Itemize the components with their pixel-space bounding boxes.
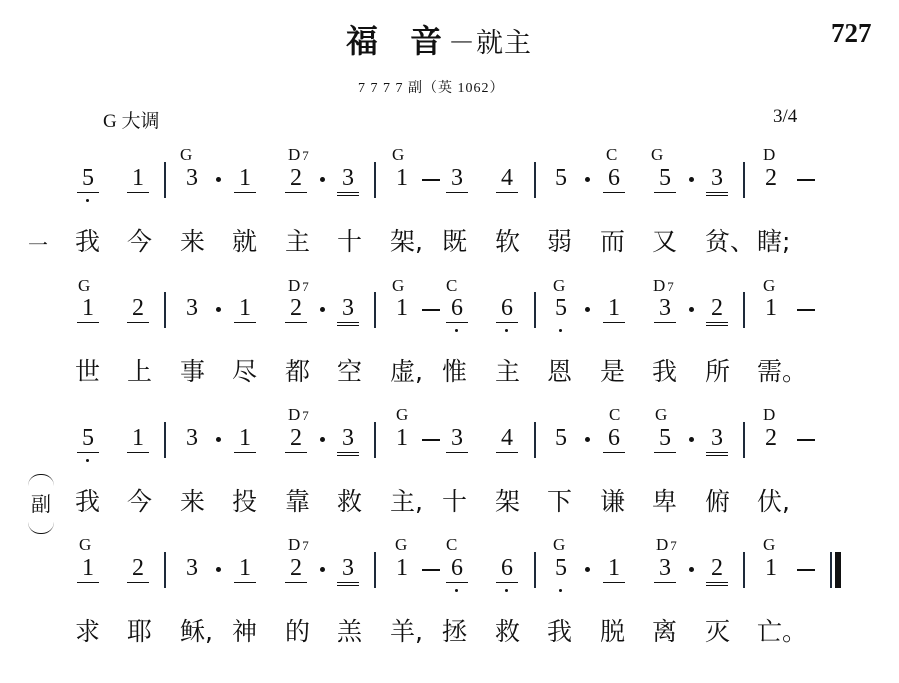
lyric-char: 救 [495,617,520,647]
note: 1 [391,554,413,582]
note: 1 [127,424,149,453]
lyric-char: 靠 [285,487,310,517]
lyric-char: 需。 [757,357,807,387]
dotted-marker [216,567,221,572]
key-signature: G 大调 [103,106,159,133]
note: 3 [337,294,359,326]
note: 1 [234,294,256,323]
lyric-char: 我 [652,357,677,387]
lyric-char: 稣, [180,617,213,647]
chord: C [606,146,617,164]
bar-line [743,422,745,458]
lyric-char: 俯 [705,487,730,517]
lyric-char: 主 [495,357,520,387]
chord: G [763,277,775,295]
lyric-char: 主 [285,227,310,257]
lyric-char: 主, [390,487,423,517]
lyric-char: 所 [705,357,730,387]
lyric-char: 羔 [337,617,362,647]
chord: G [396,406,408,424]
chord: D7 [288,146,309,165]
note: 1 [77,294,99,323]
lyric-char: 架 [495,487,520,517]
lyric-char: 灭 [705,617,730,647]
note: 2 [706,554,728,586]
note: 1 [234,554,256,583]
lyric-char: 来 [180,227,205,257]
note: 2 [127,294,149,323]
chord: C [446,277,457,295]
lyric-char: 虚, [390,357,423,387]
lyric-char: 我 [75,227,100,257]
dotted-marker [320,437,325,442]
note: 1 [234,164,256,193]
lyric-char: 我 [75,487,100,517]
note: 5 [550,294,572,322]
chord: C [446,536,457,554]
dotted-marker [320,307,325,312]
dotted-marker [216,307,221,312]
lyric-char: 神 [232,617,257,647]
bar-line [164,162,166,198]
lyric-char: 伏, [757,487,790,517]
chord: G [763,536,775,554]
note: 1 [391,294,413,322]
lyric-char: 架, [390,227,423,257]
lyric-char: 的 [285,617,310,647]
note: 2 [760,164,782,192]
chord: G [78,277,90,295]
lyric-char: 贫、 [705,227,755,257]
dotted-marker [689,437,694,442]
hold-dash [422,439,440,441]
hold-dash [797,439,815,441]
final-bar-thin [830,552,832,588]
note: 3 [337,424,359,456]
note: 6 [603,424,625,453]
dotted-marker [585,437,590,442]
lyric-char: 是 [600,357,625,387]
note: 1 [77,554,99,583]
lyric-char: 惟 [442,357,467,387]
note: 1 [603,294,625,323]
note: 2 [706,294,728,326]
dotted-marker [320,567,325,572]
bar-line [534,552,536,588]
hold-dash [797,569,815,571]
note: 3 [446,164,468,193]
bar-line [534,422,536,458]
lyric-char: 亡。 [757,617,807,647]
note: 3 [706,164,728,196]
note: 5 [77,164,99,193]
note: 2 [285,554,307,583]
note: 2 [285,294,307,323]
note: 1 [234,424,256,453]
hold-dash [422,569,440,571]
note: 3 [654,294,676,323]
bar-line [743,162,745,198]
dotted-marker [585,177,590,182]
lyric-char: 今 [127,227,152,257]
note: 3 [337,554,359,586]
title-char-1: 福 [346,22,380,60]
note: 4 [496,424,518,453]
note: 3 [181,424,203,452]
lyric-char: 尽 [232,357,257,387]
note: 1 [391,164,413,192]
dotted-marker [689,307,694,312]
chord: D [763,406,775,424]
bar-line [743,292,745,328]
chord: G [651,146,663,164]
lyric-char: 下 [547,487,572,517]
dotted-marker [216,437,221,442]
note: 6 [496,554,518,583]
lyric-char: 羊, [390,617,423,647]
lyric-char: 求 [75,617,100,647]
dotted-marker [585,307,590,312]
note: 5 [550,164,572,192]
chord: G [180,146,192,164]
note: 1 [760,554,782,582]
chord: G [392,146,404,164]
dotted-marker [320,177,325,182]
note: 1 [391,424,413,452]
lyric-char: 卑 [652,487,677,517]
note: 3 [337,164,359,196]
dotted-marker [689,177,694,182]
lyric-char: 救 [337,487,362,517]
chord: G [553,277,565,295]
note: 3 [181,164,203,192]
music-system-4: G D7 G C G D7 G 1 2 3 1 2 3 1 6 6 5 1 3 … [0,530,899,590]
hymn-title: 福音－就主 [346,16,532,62]
lyric-char: 上 [127,357,152,387]
lyric-char: 十 [442,487,467,517]
music-system-2: G D7 G C G D7 G 1 2 3 1 2 3 1 6 6 5 1 3 … [0,270,899,330]
time-signature: 3/4 [773,106,797,128]
note: 2 [285,164,307,193]
lyric-char: 脱 [600,617,625,647]
final-bar-thick [835,552,841,588]
lyric-char: 十 [337,227,362,257]
lyric-char: 我 [547,617,572,647]
note: 6 [603,164,625,193]
chord: D [763,146,775,164]
bar-line [374,422,376,458]
note: 5 [654,164,676,193]
hymn-number: 727 [831,18,872,49]
chorus-marker: 副 [31,488,51,517]
lyric-char: 离 [652,617,677,647]
bar-line [164,552,166,588]
title-subtitle: －就主 [448,28,532,59]
chord: G [79,536,91,554]
lyric-char: 事 [180,357,205,387]
music-system-3: D7 G C G D 5 1 3 1 2 3 1 3 4 5 6 5 3 2 [0,400,899,460]
hold-dash [422,179,440,181]
note: 1 [760,294,782,322]
chord: D7 [288,536,309,555]
meter-info: 7 7 7 7 副（英 1062） [358,77,505,97]
bar-line [534,292,536,328]
chord: G [553,536,565,554]
note: 3 [446,424,468,453]
bar-line [164,292,166,328]
music-system-1: G D7 G C G D 5 1 3 1 2 3 1 3 4 5 6 5 3 2 [0,140,899,200]
dotted-marker [216,177,221,182]
dotted-marker [585,567,590,572]
lyric-char: 又 [652,227,677,257]
verse-number: 一 [28,229,48,258]
bar-line [534,162,536,198]
lyric-char: 空 [337,357,362,387]
lyric-char: 瞎; [757,227,790,257]
note: 4 [496,164,518,193]
note: 3 [181,294,203,322]
lyric-char: 拯 [442,617,467,647]
note: 5 [550,554,572,582]
lyric-char: 弱 [547,227,572,257]
lyric-char: 耶 [127,617,152,647]
note: 5 [550,424,572,452]
lyric-char: 今 [127,487,152,517]
note: 5 [77,424,99,453]
lyric-char: 而 [600,227,625,257]
lyric-char: 来 [180,487,205,517]
lyric-char: 恩 [547,357,572,387]
note: 3 [654,554,676,583]
note: 2 [760,424,782,452]
hold-dash [797,309,815,311]
hold-dash [797,179,815,181]
lyric-char: 就 [232,227,257,257]
lyric-char: 既 [442,227,467,257]
note: 6 [496,294,518,323]
note: 5 [654,424,676,453]
lyric-char: 世 [75,357,100,387]
note: 6 [446,294,468,323]
note: 6 [446,554,468,583]
note: 2 [285,424,307,453]
chord: G [392,277,404,295]
lyric-char: 投 [232,487,257,517]
bar-line [743,552,745,588]
bar-line [374,552,376,588]
note: 3 [706,424,728,456]
hold-dash [422,309,440,311]
chord: D7 [656,536,677,555]
chord: C [609,406,620,424]
chord: G [395,536,407,554]
lyric-char: 都 [285,357,310,387]
chord: G [655,406,667,424]
dotted-marker [689,567,694,572]
bar-line [374,292,376,328]
bar-line [164,422,166,458]
note: 1 [603,554,625,583]
note: 3 [181,554,203,582]
note: 1 [127,164,149,193]
note: 2 [127,554,149,583]
lyric-char: 谦 [600,487,625,517]
bar-line [374,162,376,198]
title-char-2: 音 [410,22,444,60]
lyric-char: 软 [495,227,520,257]
chord: D7 [288,406,309,425]
